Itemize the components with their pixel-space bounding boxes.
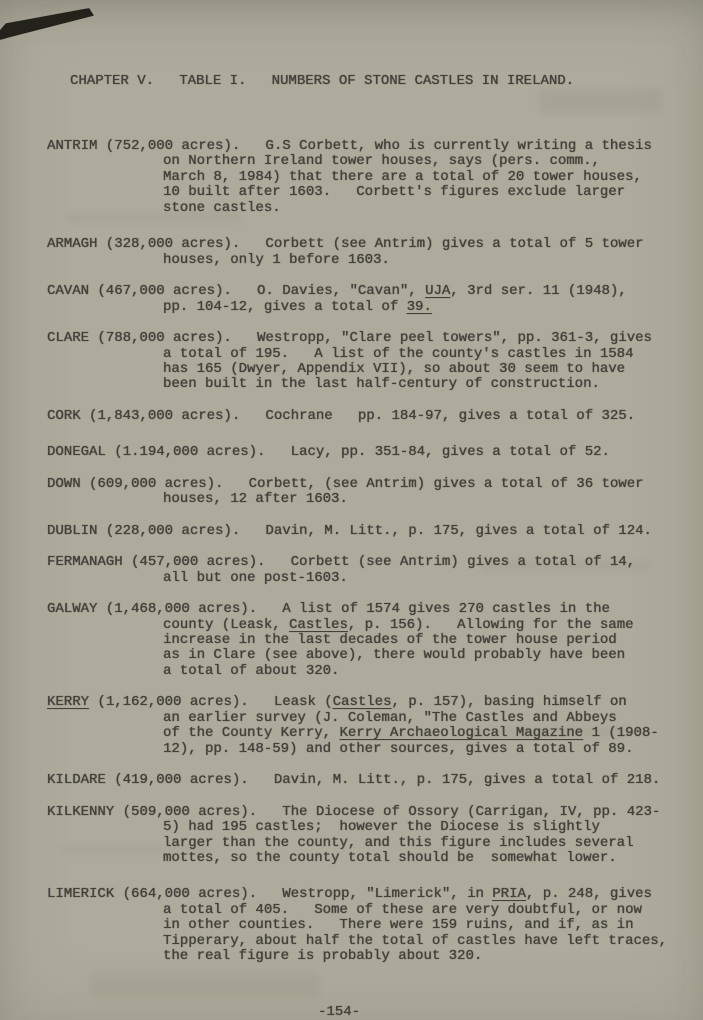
underlined-citation: Kerry Archaeological Magazine bbox=[339, 725, 583, 741]
table-entry-down: DOWN (609,000 acres). Corbett, (see Antr… bbox=[47, 477, 667, 508]
underlined-citation: Castles bbox=[289, 617, 348, 633]
document-body: CHAPTER V. TABLE I. NUMBERS OF STONE CAS… bbox=[0, 0, 703, 1020]
table-entry-limerick: LIMERICK (664,000 acres). Westropp, "Lim… bbox=[47, 887, 667, 964]
entry-line: mottes, so the county total should be so… bbox=[47, 851, 667, 866]
entry-line: 10 built after 1603. Corbett's figures e… bbox=[47, 185, 667, 200]
entry-line: KILDARE (419,000 acres). Davin, M. Litt.… bbox=[47, 773, 667, 788]
table-entry-fermanagh: FERMANAGH (457,000 acres). Corbett (see … bbox=[47, 555, 667, 586]
entry-line: the real figure is probably about 320. bbox=[47, 949, 667, 964]
table-entry-kilkenny: KILKENNY (509,000 acres). The Diocese of… bbox=[47, 805, 667, 867]
underlined-citation: UJA bbox=[425, 283, 450, 299]
entry-line: DUBLIN (228,000 acres). Davin, M. Litt.,… bbox=[47, 524, 667, 539]
entry-line: an earlier survey (J. Coleman, "The Cast… bbox=[47, 711, 667, 726]
underlined-citation: Castles bbox=[333, 694, 392, 710]
entry-line: 12), pp. 148-59) and other sources, give… bbox=[47, 742, 667, 757]
entry-line: a total of 405. Some of these are very d… bbox=[47, 903, 667, 918]
entry-line: houses, only 1 before 1603. bbox=[47, 253, 667, 268]
underlined-citation: PRIA bbox=[492, 886, 526, 902]
entry-line: DONEGAL (1.194,000 acres). Lacy, pp. 351… bbox=[47, 445, 667, 460]
entry-line: GALWAY (1,468,000 acres). A list of 1574… bbox=[47, 602, 667, 617]
table-entry-antrim: ANTRIM (752,000 acres). G.S Corbett, who… bbox=[47, 139, 667, 216]
entry-line: all but one post-1603. bbox=[47, 571, 667, 586]
entry-line: Tipperary, about half the total of castl… bbox=[47, 934, 667, 949]
table-entry-cavan: CAVAN (467,000 acres). O. Davies, "Cavan… bbox=[47, 284, 667, 315]
table-entry-donegal: DONEGAL (1.194,000 acres). Lacy, pp. 351… bbox=[47, 445, 667, 460]
page-number: -154- bbox=[318, 1005, 360, 1020]
table-entry-armagh: ARMAGH (328,000 acres). Corbett (see Ant… bbox=[47, 237, 667, 268]
entry-line: county (Leask, Castles, p. 156). Allowin… bbox=[47, 618, 667, 633]
entry-line: CLARE (788,000 acres). Westropp, "Clare … bbox=[47, 331, 667, 346]
entry-line: FERMANAGH (457,000 acres). Corbett (see … bbox=[47, 555, 667, 570]
entry-line: 5) had 195 castles; however the Diocese … bbox=[47, 820, 667, 835]
entry-line: as in Clare (see above), there would pro… bbox=[47, 648, 667, 663]
table-entry-clare: CLARE (788,000 acres). Westropp, "Clare … bbox=[47, 331, 667, 393]
entry-line: a total of about 320. bbox=[47, 664, 667, 679]
underlined-citation: 39. bbox=[407, 299, 432, 315]
table-entry-cork: CORK (1,843,000 acres). Cochrane pp. 184… bbox=[47, 409, 667, 424]
entry-line: been built in the last half-century of c… bbox=[47, 377, 667, 392]
entry-line: KERRY (1,162,000 acres). Leask (Castles,… bbox=[47, 695, 667, 710]
entry-line: LIMERICK (664,000 acres). Westropp, "Lim… bbox=[47, 887, 667, 902]
entry-line: of the County Kerry, Kerry Archaeologica… bbox=[47, 726, 667, 741]
entries: ANTRIM (752,000 acres). G.S Corbett, who… bbox=[47, 139, 667, 981]
entry-line: on Northern Ireland tower houses, says (… bbox=[47, 154, 667, 169]
entry-line: CORK (1,843,000 acres). Cochrane pp. 184… bbox=[47, 409, 667, 424]
table-entry-kildare: KILDARE (419,000 acres). Davin, M. Litt.… bbox=[47, 773, 667, 788]
entry-line: DOWN (609,000 acres). Corbett, (see Antr… bbox=[47, 477, 667, 492]
entry-line: a total of 195. A list of the county's c… bbox=[47, 347, 667, 362]
table-entry-dublin: DUBLIN (228,000 acres). Davin, M. Litt.,… bbox=[47, 524, 667, 539]
entry-line: stone castles. bbox=[47, 201, 667, 216]
page-title: CHAPTER V. TABLE I. NUMBERS OF STONE CAS… bbox=[70, 74, 574, 89]
entry-line: KILKENNY (509,000 acres). The Diocese of… bbox=[47, 805, 667, 820]
entry-line: pp. 104-12, gives a total of 39. bbox=[47, 300, 667, 315]
entry-line: CAVAN (467,000 acres). O. Davies, "Cavan… bbox=[47, 284, 667, 299]
underlined-citation: KERRY bbox=[47, 694, 89, 710]
entry-line: larger than the county, and this figure … bbox=[47, 836, 667, 851]
entry-line: in other counties. There were 159 ruins,… bbox=[47, 918, 667, 933]
table-entry-galway: GALWAY (1,468,000 acres). A list of 1574… bbox=[47, 602, 667, 679]
entry-line: ARMAGH (328,000 acres). Corbett (see Ant… bbox=[47, 237, 667, 252]
table-entry-kerry: KERRY (1,162,000 acres). Leask (Castles,… bbox=[47, 695, 667, 757]
scanned-page: { "page": { "title_line": "CHAPTER V. TA… bbox=[0, 0, 703, 1020]
entry-line: houses, 12 after 1603. bbox=[47, 492, 667, 507]
